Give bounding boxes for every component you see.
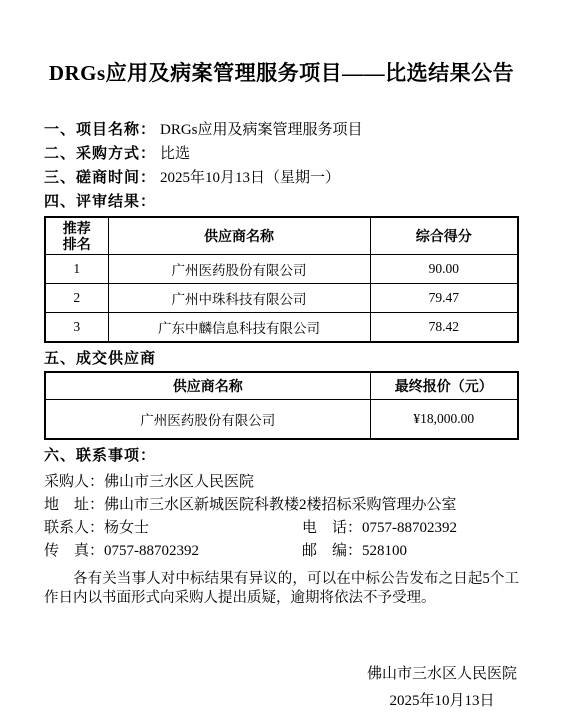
header-cell-rank: 推荐 排名: [45, 217, 108, 255]
contact-line-fax-postcode: 传 真：0757-88702392邮 编：528100: [44, 540, 519, 563]
review-table-row: 3 广东中麟信息科技有限公司 78.42: [45, 313, 518, 343]
review-table-row: 2 广州中珠科技有限公司 79.47: [45, 284, 518, 313]
header-cell-supplier: 供应商名称: [45, 372, 370, 400]
contact-line-purchaser: 采购人：佛山市三水区人民医院: [44, 471, 519, 494]
project-name-label: 一、项目名称：: [44, 121, 156, 138]
award-table: 供应商名称 最终报价（元） 广州医药股份有限公司 ¥18,000.00: [44, 371, 519, 440]
header-cell-score: 综合得分: [370, 217, 518, 255]
procurement-method-value: 比选: [160, 146, 190, 162]
fax-text: 传 真：0757-88702392: [44, 540, 302, 563]
footer-date: 2025年10月13日: [367, 688, 517, 715]
cell-supplier: 广东中麟信息科技有限公司: [108, 313, 370, 343]
review-results-label: 四、评审结果：: [44, 193, 156, 210]
negotiation-time-value: 2025年10月13日（星期一）: [160, 170, 340, 186]
header-cell-supplier: 供应商名称: [108, 217, 370, 255]
objection-notice-paragraph: 各有关当事人对中标结果有异议的，可以在中标公告发布之日起5个工作日内以书面形式向…: [44, 570, 519, 608]
header-cell-final-price: 最终报价（元）: [370, 372, 518, 400]
document-page: DRGs应用及病案管理服务项目——比选结果公告 一、项目名称：DRGs应用及病案…: [0, 0, 562, 720]
cell-final-price: ¥18,000.00: [370, 400, 518, 440]
document-title: DRGs应用及病案管理服务项目——比选结果公告: [44, 0, 519, 87]
info-line-negotiation-time: 三、磋商时间：2025年10月13日（星期一）: [44, 166, 519, 190]
negotiation-time-label: 三、磋商时间：: [44, 169, 156, 186]
info-line-review-results: 四、评审结果：: [44, 190, 519, 214]
cell-rank: 2: [45, 284, 108, 313]
contact-person-text: 联系人：杨女士: [44, 517, 302, 540]
postcode-text: 邮 编：528100: [302, 543, 407, 559]
cell-rank: 3: [45, 313, 108, 343]
contact-line-address: 地 址：佛山市三水区新城医院科教楼2楼招标采购管理办公室: [44, 494, 519, 517]
procurement-method-label: 二、采购方式：: [44, 145, 156, 162]
info-line-project-name: 一、项目名称：DRGs应用及病案管理服务项目: [44, 118, 519, 142]
cell-supplier: 广州医药股份有限公司: [45, 400, 370, 440]
address-text: 地 址：佛山市三水区新城医院科教楼2楼招标采购管理办公室: [44, 497, 457, 513]
project-name-value: DRGs应用及病案管理服务项目: [160, 122, 363, 138]
award-section-label: 五、成交供应商: [44, 348, 519, 369]
contact-section-label: 六、联系事项：: [44, 445, 519, 466]
review-table-header-row: 推荐 排名 供应商名称 综合得分: [45, 217, 518, 255]
cell-score: 78.42: [370, 313, 518, 343]
contact-line-person-phone: 联系人：杨女士电 话：0757-88702392: [44, 517, 519, 540]
cell-supplier: 广州中珠科技有限公司: [108, 284, 370, 313]
phone-text: 电 话：0757-88702392: [302, 520, 457, 536]
award-table-header-row: 供应商名称 最终报价（元）: [45, 372, 518, 400]
cell-rank: 1: [45, 255, 108, 284]
cell-score: 90.00: [370, 255, 518, 284]
footer-organization: 佛山市三水区人民医院: [367, 661, 517, 688]
review-table-row: 1 广州医药股份有限公司 90.00: [45, 255, 518, 284]
footer-signature: 佛山市三水区人民医院 2025年10月13日: [367, 661, 517, 715]
cell-supplier: 广州医药股份有限公司: [108, 255, 370, 284]
review-results-table: 推荐 排名 供应商名称 综合得分 1 广州医药股份有限公司 90.00 2 广州…: [44, 216, 519, 343]
contact-block: 采购人：佛山市三水区人民医院 地 址：佛山市三水区新城医院科教楼2楼招标采购管理…: [44, 471, 519, 563]
purchaser-text: 采购人：佛山市三水区人民医院: [44, 474, 254, 490]
info-line-procurement-method: 二、采购方式：比选: [44, 142, 519, 166]
cell-score: 79.47: [370, 284, 518, 313]
info-list: 一、项目名称：DRGs应用及病案管理服务项目 二、采购方式：比选 三、磋商时间：…: [44, 118, 519, 214]
award-table-row: 广州医药股份有限公司 ¥18,000.00: [45, 400, 518, 440]
